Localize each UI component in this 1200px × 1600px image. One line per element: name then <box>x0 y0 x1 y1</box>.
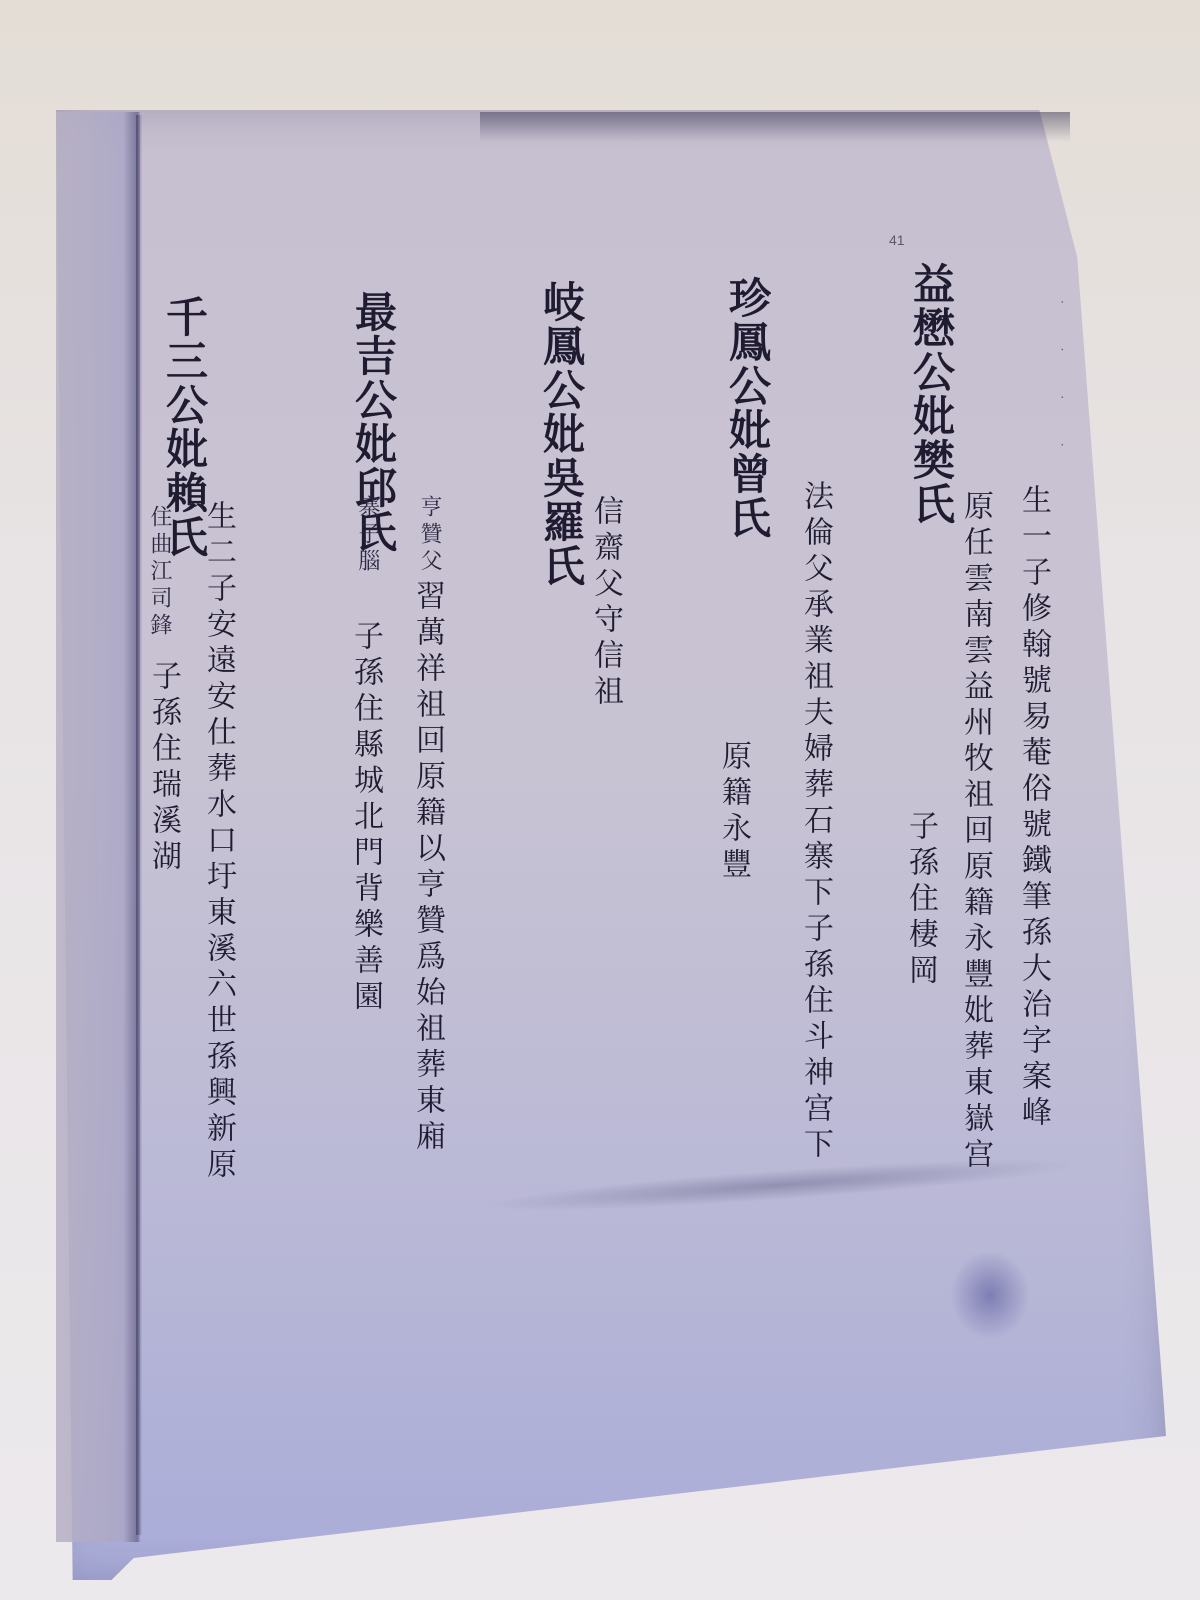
entry-4-line-3: 寨子腦 <box>356 495 378 576</box>
edge-marks: · · · · <box>1055 300 1069 467</box>
top-edge-smudge <box>480 112 1070 142</box>
entry-1-line-2: 原任雲南雲益州牧祖回原籍永豐妣葬東嶽宫 <box>960 490 990 1174</box>
entry-1-line-3: 子孫住棲岡 <box>905 810 935 990</box>
entry-3-heading: 岐鳳公妣吳羅氏 <box>540 280 582 588</box>
entry-4-line-2: 習萬祥祖回原籍以亨贊爲始祖葬東廂 <box>412 580 442 1156</box>
entry-5-line-3: 子孫住瑞溪湖 <box>148 660 178 876</box>
entry-2-line-1: 法倫父承業祖夫婦葬石寨下子孫住斗神宫下 <box>800 480 830 1164</box>
entry-4-line-1: 亨贊父 <box>418 495 440 576</box>
entry-5-line-1: 生二子安遠安仕葬水口圩東溪六世孫興新原 <box>203 500 233 1184</box>
entry-4-line-4: 子孫住縣城北門背樂善園 <box>350 620 380 1016</box>
water-stain <box>950 1250 1030 1340</box>
page-number: 41 <box>889 232 905 248</box>
entry-2-line-2: 原籍永豐 <box>718 740 748 884</box>
entry-2-heading: 珍鳳公妣曾氏 <box>726 276 768 540</box>
entry-1-heading: 益懋公妣樊氏 <box>910 262 952 526</box>
entry-3-line-1: 信齋父守信祖 <box>590 495 620 711</box>
book-spine-fold <box>56 112 140 1542</box>
entry-1-line-1: 生一子修翰號易菴俗號鐵筆孫大治字案峰 <box>1018 484 1048 1132</box>
entry-5-line-2: 住曲江司鋒 <box>148 505 170 640</box>
spine-crease <box>136 115 142 1535</box>
